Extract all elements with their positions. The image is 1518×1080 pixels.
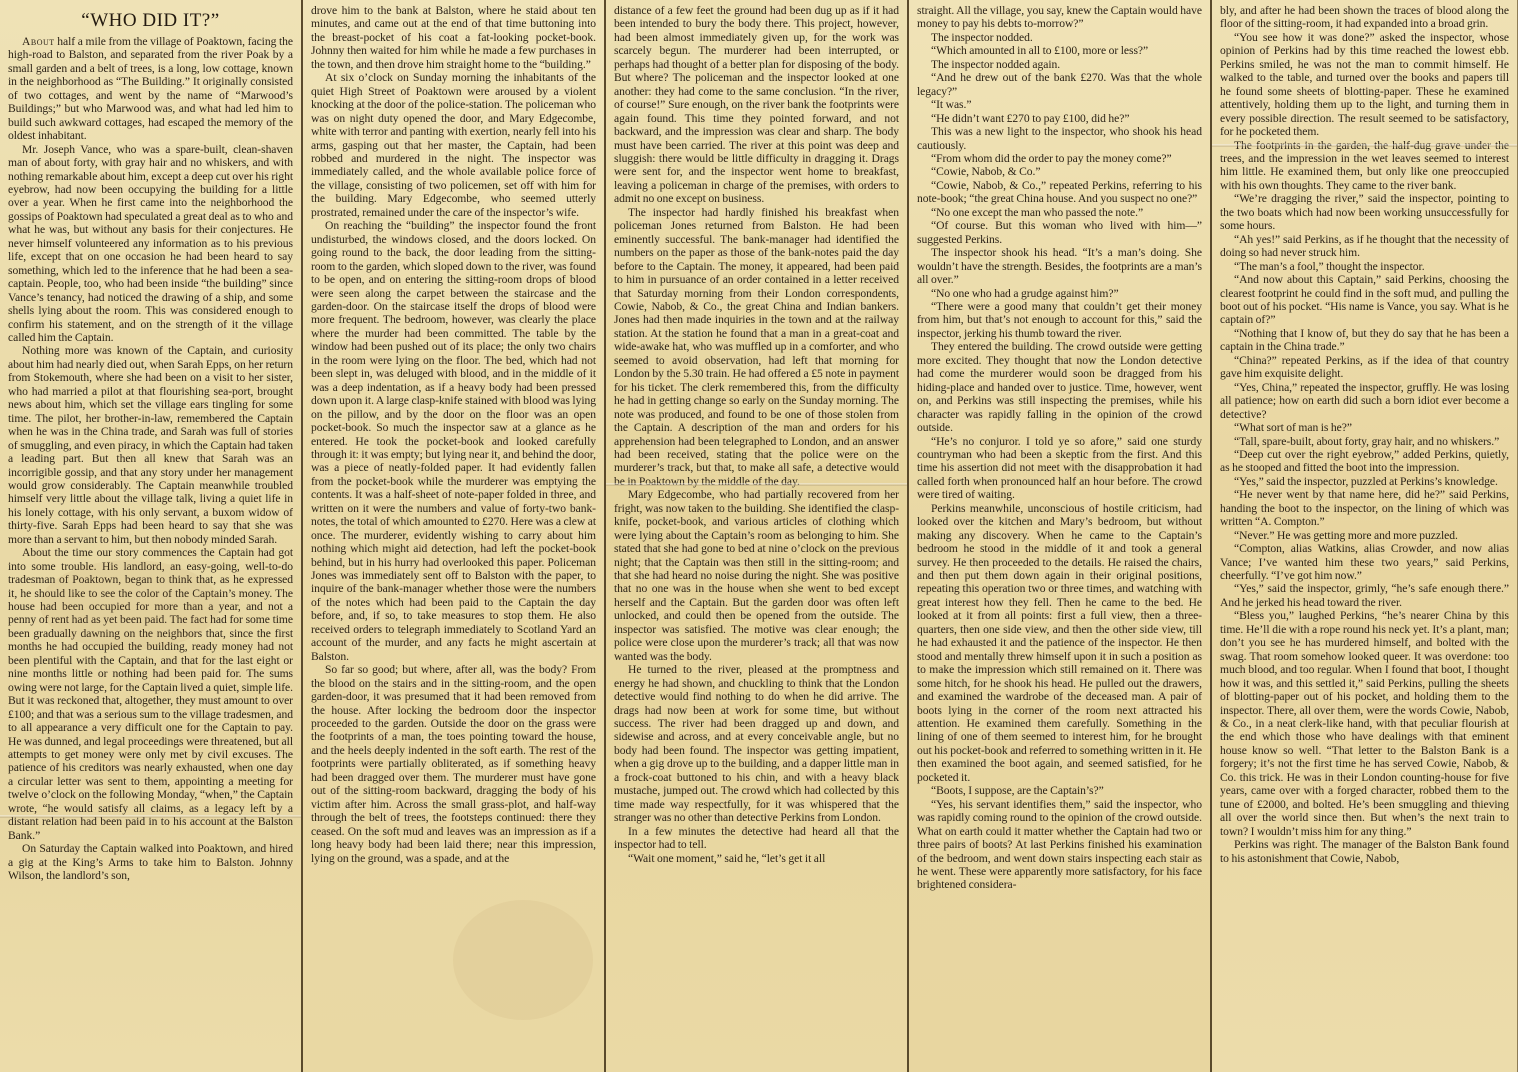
- paragraph: bly, and after he had been shown the tra…: [1220, 4, 1509, 31]
- article-title: “WHO DID IT?”: [8, 10, 293, 32]
- paragraph: Nothing more was known of the Captain, a…: [8, 344, 293, 546]
- column-text: drove him to the bank at Balston, where …: [311, 4, 596, 865]
- paragraph: “Cowie, Nabob, & Co.,” repeated Perkins,…: [917, 179, 1202, 206]
- paragraph: About the time our story commences the C…: [8, 546, 293, 842]
- paragraph: “And he drew out of the bank £270. Was t…: [917, 71, 1202, 98]
- paragraph: Perkins was right. The manager of the Ba…: [1220, 838, 1509, 865]
- paragraph: “He’s no conjuror. I told ye so afore,” …: [917, 435, 1202, 502]
- column-text: About half a mile from the village of Po…: [8, 35, 293, 883]
- article-column-1: “WHO DID IT?” About half a mile from the…: [0, 0, 303, 1072]
- article-column-5: bly, and after he had been shown the tra…: [1212, 0, 1518, 1072]
- paragraph: “Yes,” said the inspector, puzzled at Pe…: [1220, 475, 1509, 488]
- paragraph: At six o’clock on Sunday morning the inh…: [311, 71, 596, 219]
- paragraph: Perkins meanwhile, unconscious of hostil…: [917, 502, 1202, 785]
- paragraph: “Deep cut over the right eyebrow,” added…: [1220, 448, 1509, 475]
- paragraph: “Boots, I suppose, are the Captain’s?”: [917, 784, 1202, 797]
- column-text: distance of a few feet the ground had be…: [614, 4, 899, 865]
- paragraph: “Ah yes!” said Perkins, as if he thought…: [1220, 233, 1509, 260]
- paragraph: “No one except the man who passed the no…: [917, 206, 1202, 219]
- paragraph: “Never.” He was getting more and more pu…: [1220, 529, 1509, 542]
- paragraph: Mr. Joseph Vance, who was a spare-built,…: [8, 143, 293, 345]
- column-text: bly, and after he had been shown the tra…: [1220, 4, 1509, 865]
- article-column-2: drove him to the bank at Balston, where …: [303, 0, 606, 1072]
- paragraph: straight. All the village, you say, knew…: [917, 4, 1202, 31]
- paragraph: “Of course. But this woman who lived wit…: [917, 219, 1202, 246]
- paragraph: “China?” repeated Perkins, as if the ide…: [1220, 354, 1509, 381]
- paragraph: This was a new light to the inspector, w…: [917, 125, 1202, 152]
- paragraph: Mary Edgecombe, who had partially recove…: [614, 488, 899, 663]
- lead-word: About: [22, 35, 55, 48]
- column-text: straight. All the village, you say, knew…: [917, 4, 1202, 892]
- paragraph: “No one who had a grudge against him?”: [917, 287, 1202, 300]
- paragraph: “It was.”: [917, 98, 1202, 111]
- paragraph: “Yes, his servant identifies them,” said…: [917, 798, 1202, 892]
- paragraph: The inspector nodded.: [917, 31, 1202, 44]
- paragraph: So far so good; but where, after all, wa…: [311, 663, 596, 865]
- paragraph: “The man’s a fool,” thought the inspecto…: [1220, 260, 1509, 273]
- paragraph: “And now about this Captain,” said Perki…: [1220, 273, 1509, 327]
- article-column-3: distance of a few feet the ground had be…: [606, 0, 909, 1072]
- paragraph: On Saturday the Captain walked into Poak…: [8, 842, 293, 882]
- paragraph: “There were a good many that couldn’t ge…: [917, 300, 1202, 340]
- paragraph: “Yes, China,” repeated the inspector, gr…: [1220, 381, 1509, 421]
- paragraph: “We’re dragging the river,” said the ins…: [1220, 192, 1509, 232]
- paragraph: The footprints in the garden, the half-d…: [1220, 139, 1509, 193]
- paragraph: “You see how it was done?” asked the ins…: [1220, 31, 1509, 139]
- paragraph: About half a mile from the village of Po…: [8, 35, 293, 143]
- paragraph: “Tall, spare-built, about forty, gray ha…: [1220, 435, 1509, 448]
- newspaper-page: “WHO DID IT?” About half a mile from the…: [0, 0, 1518, 1080]
- paragraph: The inspector nodded again.: [917, 58, 1202, 71]
- paper-stain: [453, 900, 593, 1020]
- paragraph: “He didn’t want £270 to pay £100, did he…: [917, 112, 1202, 125]
- paragraph: “Wait one moment,” said he, “let’s get i…: [614, 852, 899, 865]
- paragraph: In a few minutes the detective had heard…: [614, 825, 899, 852]
- paragraph: “Which amounted in all to £100, more or …: [917, 44, 1202, 57]
- paragraph: distance of a few feet the ground had be…: [614, 4, 899, 206]
- paragraph: drove him to the bank at Balston, where …: [311, 4, 596, 71]
- paragraph: “Nothing that I know of, but they do say…: [1220, 327, 1509, 354]
- paragraph: The inspector shook his head. “It’s a ma…: [917, 246, 1202, 286]
- paragraph: “Bless you,” laughed Perkins, “he’s near…: [1220, 609, 1509, 838]
- paragraph: “Cowie, Nabob, & Co.”: [917, 165, 1202, 178]
- paragraph: “From whom did the order to pay the mone…: [917, 152, 1202, 165]
- paragraph: “Compton, alias Watkins, alias Crowder, …: [1220, 542, 1509, 582]
- paragraph: “What sort of man is he?”: [1220, 421, 1509, 434]
- paragraph: “Yes,” said the inspector, grimly, “he’s…: [1220, 582, 1509, 609]
- paragraph: The inspector had hardly finished his br…: [614, 206, 899, 489]
- paragraph: On reaching the “building” the inspector…: [311, 219, 596, 663]
- paragraph: He turned to the river, pleased at the p…: [614, 663, 899, 824]
- paragraph: They entered the building. The crowd out…: [917, 340, 1202, 434]
- paragraph: “He never went by that name here, did he…: [1220, 488, 1509, 528]
- article-column-4: straight. All the village, you say, knew…: [909, 0, 1212, 1072]
